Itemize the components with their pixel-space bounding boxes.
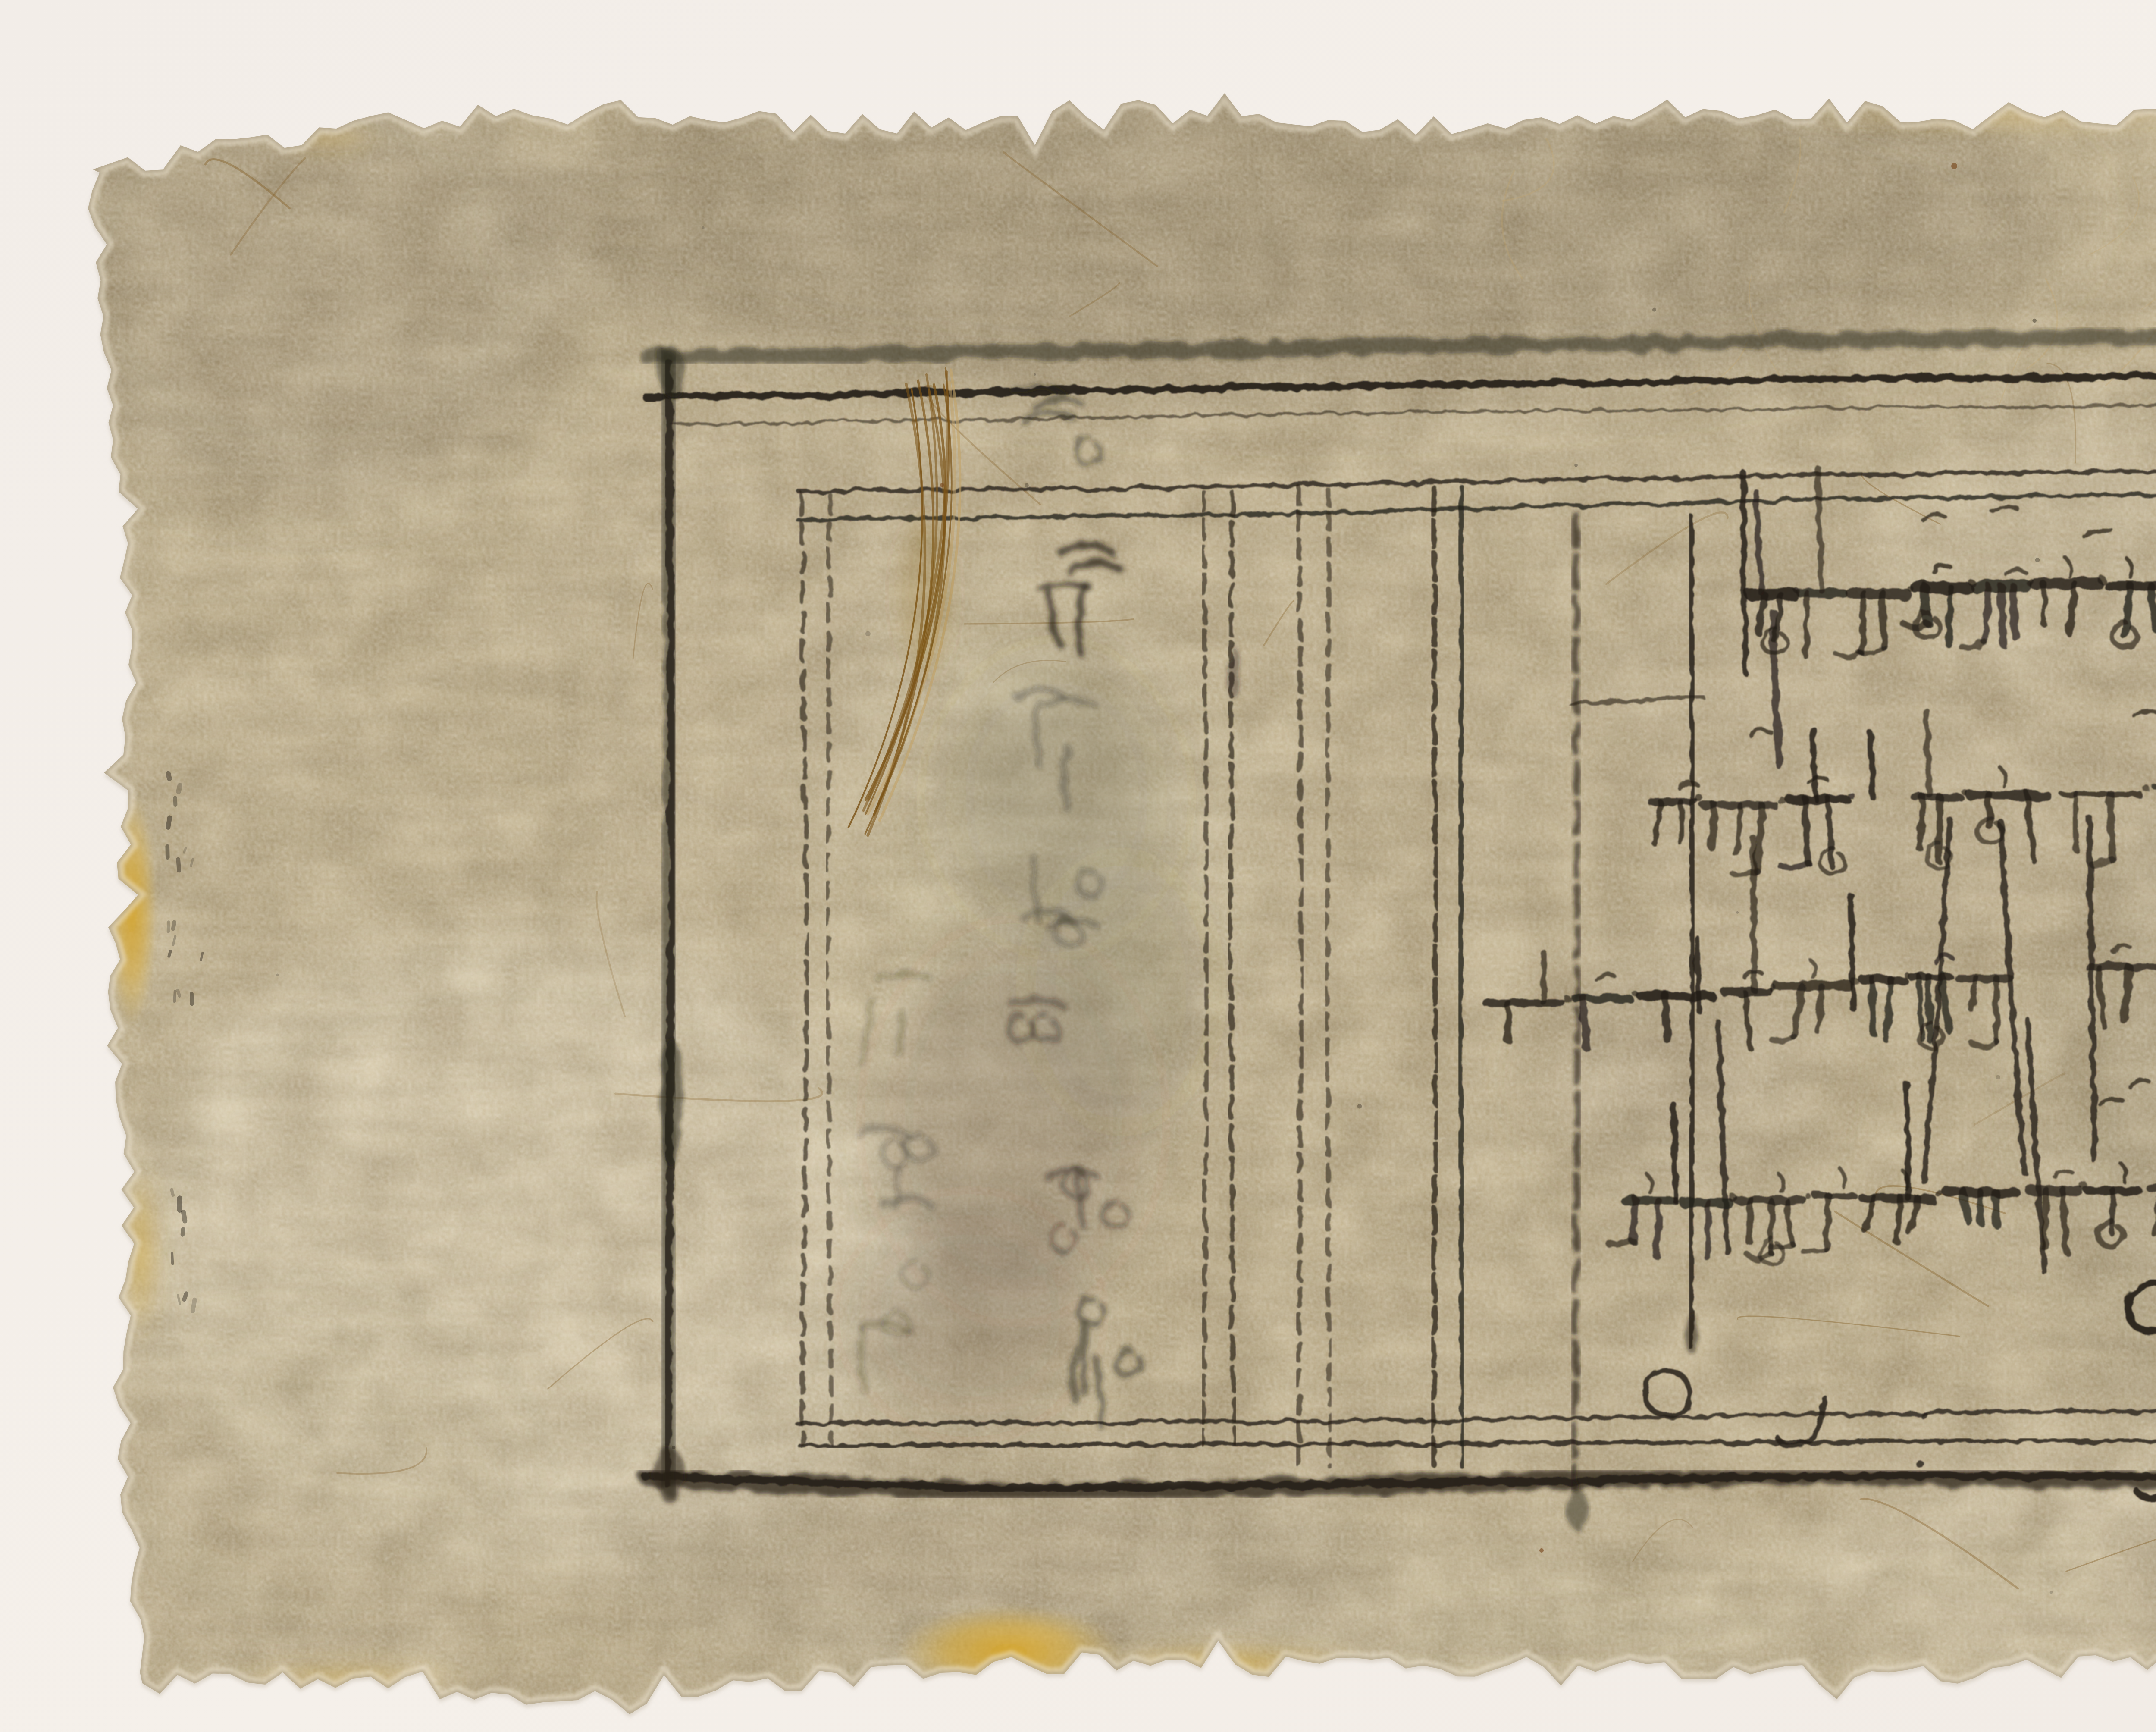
paper-sheet [0, 0, 2156, 1732]
divider-b2 [1459, 488, 1463, 1467]
document-photo [0, 0, 2156, 1732]
photo-stage [0, 0, 2156, 1732]
chain-right [1690, 517, 1694, 1346]
